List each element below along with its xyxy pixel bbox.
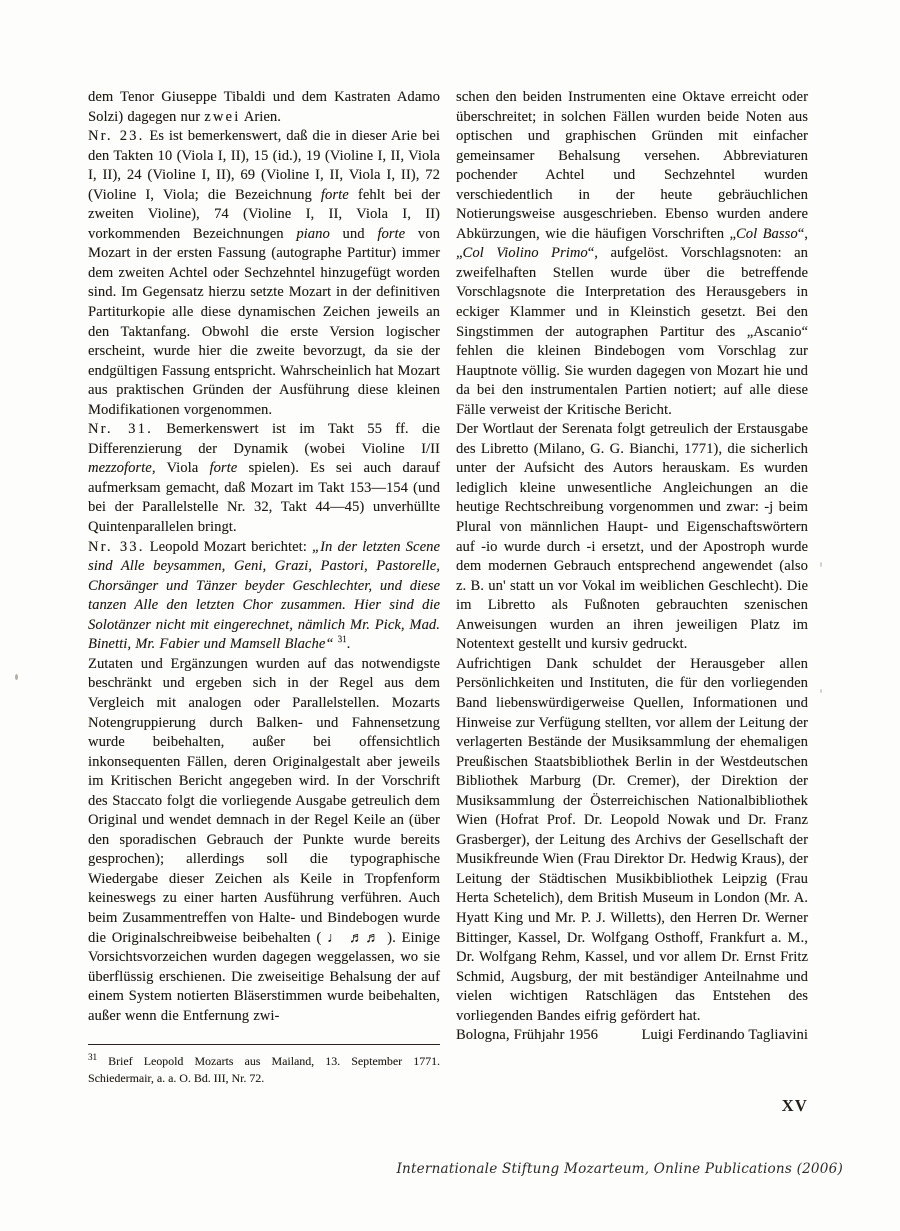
scanned-book-page: dem Tenor Giuseppe Tibaldi und dem Kastr… (0, 0, 900, 1231)
paragraph: Aufrichtigen Dank schuldet der Herausgeb… (456, 655, 808, 1026)
paragraph: Nr. 33. Leopold Mozart berichtet: „In de… (88, 538, 440, 655)
paragraph: Der Wortlaut der Serenata folgt getreuli… (456, 420, 808, 655)
right-column: schen den beiden Instrumenten eine Oktav… (456, 88, 808, 1046)
signature-place-date: Bologna, Frühjahr 1956 (456, 1026, 598, 1046)
footer-credit: Internationale Stiftung Mozarteum, Onlin… (396, 1161, 843, 1177)
paragraph: Zutaten und Ergänzungen wurden auf das n… (88, 655, 440, 1026)
footnote-rule (88, 1044, 440, 1045)
page-number: XV (456, 1096, 808, 1116)
footnote-line: 31 Brief Leopold Mozarts aus Mailand, 13… (88, 1053, 440, 1070)
paragraph: Nr. 23. Es ist bemerkenswert, daß die in… (88, 127, 440, 420)
signature-name: Luigi Ferdinando Tagliavini (641, 1026, 808, 1046)
paragraph: schen den beiden Instrumenten eine Oktav… (456, 88, 808, 420)
scan-speck (15, 674, 18, 680)
footnote-line: Schiedermair, a. a. O. Bd. III, Nr. 72. (88, 1070, 440, 1087)
footnote: 31 Brief Leopold Mozarts aus Mailand, 13… (88, 1053, 440, 1086)
signature-line: Bologna, Frühjahr 1956 Luigi Ferdinando … (456, 1026, 808, 1046)
paragraph: dem Tenor Giuseppe Tibaldi und dem Kastr… (88, 88, 440, 127)
paragraph: Nr. 31. Bemerkenswert ist im Takt 55 ff.… (88, 420, 440, 537)
scan-speck (820, 689, 822, 693)
left-column: dem Tenor Giuseppe Tibaldi und dem Kastr… (88, 88, 440, 1026)
footnote-block: 31 Brief Leopold Mozarts aus Mailand, 13… (88, 1044, 440, 1086)
scan-speck (820, 562, 822, 567)
